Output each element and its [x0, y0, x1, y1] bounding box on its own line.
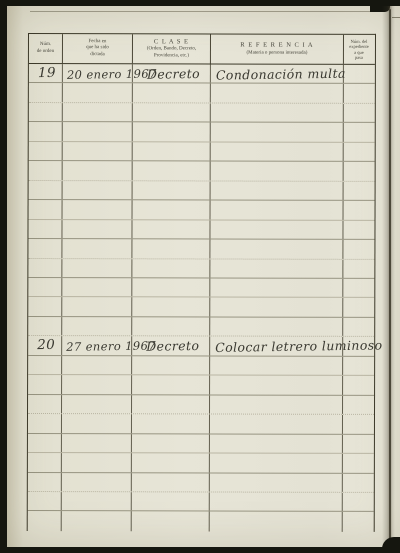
table-row — [28, 259, 374, 279]
handwritten-referencia: Colocar letrero luminoso — [215, 338, 383, 355]
cell-expediente — [343, 396, 373, 415]
cell-num — [28, 375, 62, 394]
cell-clase — [132, 492, 210, 511]
cell-referencia — [211, 123, 344, 142]
handwritten-referencia: Condonación multa — [216, 66, 346, 83]
table-row — [29, 181, 375, 201]
cell-clase — [132, 395, 210, 414]
cell-expediente — [344, 201, 374, 220]
cell-fecha — [63, 84, 133, 103]
next-page-rule — [392, 17, 400, 18]
cell-clase — [132, 278, 210, 297]
cell-referencia — [210, 492, 343, 511]
cell-referencia — [210, 220, 343, 239]
header-line: de orden — [37, 49, 54, 55]
cell-num — [29, 161, 63, 180]
cell-num — [29, 142, 63, 161]
cell-expediente — [344, 143, 374, 162]
cell-fecha — [62, 492, 132, 511]
cell-num — [28, 259, 62, 278]
cell-referencia: Colocar letrero luminoso — [210, 337, 343, 356]
table-row — [29, 161, 375, 181]
cell-clase — [132, 259, 210, 278]
cell-expediente — [343, 279, 373, 298]
handwritten-num: 20 — [37, 337, 55, 353]
cell-num — [28, 414, 62, 433]
cell-referencia — [211, 162, 344, 181]
cell-fecha — [62, 473, 132, 492]
cell-clase — [132, 220, 210, 239]
cell-fecha — [63, 181, 133, 200]
cell-referencia — [210, 395, 343, 414]
cell-referencia — [211, 84, 344, 103]
cell-clase — [133, 181, 211, 200]
cell-clase — [133, 84, 211, 103]
cell-referencia — [210, 473, 343, 492]
table-row — [28, 220, 374, 240]
cell-referencia — [210, 240, 343, 259]
column-header-referencia: R E F E R E N C I A (Materia o persona i… — [211, 34, 344, 63]
cell-fecha — [62, 259, 132, 278]
registry-table: Núm. de orden Fecha en que ha sido dicta… — [27, 33, 376, 532]
table-row — [28, 492, 374, 512]
cell-num — [28, 434, 62, 453]
cell-fecha — [63, 103, 133, 122]
bottom-corner-shadow — [382, 537, 400, 553]
cell-expediente — [344, 104, 374, 123]
handwritten-clase: Decreto — [147, 66, 200, 82]
header-subtitle: (Materia o persona interesada) — [246, 50, 307, 56]
cell-expediente — [343, 454, 373, 473]
cell-clase — [132, 356, 210, 375]
cell-referencia — [210, 512, 343, 532]
cell-num — [29, 103, 63, 122]
cell-clase — [133, 162, 211, 181]
table-row — [28, 278, 374, 298]
cell-referencia — [210, 317, 343, 336]
cell-num — [28, 317, 62, 336]
cell-num — [28, 492, 62, 511]
table-row — [28, 356, 374, 376]
table-row — [28, 239, 374, 259]
cell-expediente — [344, 162, 374, 181]
cell-expediente — [343, 415, 373, 434]
cell-num — [29, 200, 63, 219]
cell-referencia — [210, 298, 343, 317]
table-row — [28, 511, 374, 531]
column-header-clase: C L A S E (Orden, Bando, Decreto, Provid… — [133, 34, 211, 63]
table-row — [28, 395, 374, 415]
column-header-expediente: Núm. del expediente a que pasa — [344, 35, 374, 64]
cell-num — [28, 453, 62, 472]
cell-clase — [132, 512, 210, 532]
cell-fecha: 20 enero 1967 — [63, 64, 133, 83]
cell-fecha — [62, 414, 132, 433]
table-header: Núm. de orden Fecha en que ha sido dicta… — [29, 34, 375, 65]
cell-fecha — [63, 142, 133, 161]
handwritten-num: 19 — [38, 65, 56, 81]
top-page-rule — [30, 11, 372, 12]
cell-clase — [133, 142, 211, 161]
cell-referencia — [211, 181, 344, 200]
cell-fecha — [63, 200, 133, 219]
cell-expediente — [343, 493, 373, 512]
table-row — [28, 297, 374, 317]
cell-clase — [132, 239, 210, 258]
table-row — [29, 200, 375, 220]
cell-clase — [132, 473, 210, 492]
cell-referencia — [211, 103, 344, 122]
scanned-registry-page: { "colors": { "background_dark": "#15160… — [0, 0, 400, 553]
cell-referencia — [210, 415, 343, 434]
cell-expediente — [343, 357, 373, 376]
header-title: R E F E R E N C I A — [240, 42, 313, 51]
cell-expediente — [344, 182, 374, 201]
header-subtitle: (Orden, Bando, Decreto, Providencia, etc… — [134, 47, 209, 60]
cell-expediente — [343, 473, 373, 492]
header-line: dictada — [90, 52, 104, 58]
cell-num — [28, 473, 62, 492]
cell-clase — [132, 453, 210, 472]
cell-clase — [132, 298, 210, 317]
cell-clase — [132, 317, 210, 336]
cell-fecha — [62, 239, 132, 258]
column-header-fecha: Fecha en que ha sido dictada — [63, 34, 133, 63]
cell-referencia — [210, 356, 343, 375]
cell-referencia — [211, 201, 344, 220]
cell-referencia — [210, 376, 343, 395]
cell-num — [28, 239, 62, 258]
cell-fecha — [62, 453, 132, 472]
table-row — [28, 375, 374, 395]
table-row — [28, 414, 374, 434]
table-row — [28, 473, 374, 493]
cell-num — [29, 83, 63, 102]
cell-expediente — [343, 434, 373, 453]
cell-fecha — [63, 161, 133, 180]
cell-clase — [132, 414, 210, 433]
table-row — [29, 122, 375, 142]
header-line: pasa — [355, 55, 363, 60]
cell-expediente — [343, 298, 373, 317]
handwritten-fecha: 20 enero 1967 — [67, 67, 157, 82]
cell-fecha — [62, 278, 132, 297]
cell-referencia: Condonación multa — [211, 64, 344, 83]
cell-num — [28, 356, 62, 375]
cell-fecha — [63, 122, 133, 141]
cell-num — [28, 278, 62, 297]
cell-clase — [132, 376, 210, 395]
table-row — [29, 142, 375, 162]
cell-num — [28, 511, 62, 531]
cell-num — [29, 122, 63, 141]
table-row — [28, 453, 374, 473]
table-row — [29, 83, 375, 103]
cell-num: 19 — [29, 64, 63, 83]
cell-referencia — [210, 454, 343, 473]
cell-expediente — [344, 84, 374, 103]
column-header-num-orden: Núm. de orden — [29, 34, 63, 63]
table-row: 1920 enero 1967DecretoCondonación multa — [29, 64, 375, 84]
cell-referencia — [210, 278, 343, 297]
cell-num — [28, 297, 62, 316]
cell-fecha — [62, 375, 132, 394]
cell-expediente — [343, 512, 373, 532]
book-gutter-line — [389, 9, 391, 547]
handwritten-clase: Decreto — [146, 338, 199, 354]
cell-clase — [133, 200, 211, 219]
cell-fecha — [62, 512, 132, 532]
cell-referencia — [211, 142, 344, 161]
header-title: C L A S E — [154, 38, 189, 47]
handwritten-fecha: 27 enero 1967 — [66, 339, 156, 354]
cell-fecha — [62, 395, 132, 414]
cell-expediente — [343, 376, 373, 395]
cell-expediente — [343, 259, 373, 278]
cell-fecha: 27 enero 1967 — [62, 336, 132, 355]
cell-fecha — [62, 356, 132, 375]
cell-num — [29, 181, 63, 200]
cell-expediente — [343, 318, 373, 337]
cell-referencia — [210, 434, 343, 453]
cell-num — [28, 395, 62, 414]
cell-num — [28, 220, 62, 239]
cell-num: 20 — [28, 336, 62, 355]
cell-fecha — [62, 298, 132, 317]
table-row — [28, 317, 374, 337]
cell-clase — [132, 434, 210, 453]
table-row — [29, 103, 375, 123]
cell-expediente — [343, 240, 373, 259]
cell-clase — [133, 103, 211, 122]
table-row — [28, 434, 374, 454]
cell-referencia — [210, 259, 343, 278]
cell-expediente — [344, 123, 374, 142]
table-body: 1920 enero 1967DecretoCondonación multa2… — [28, 64, 375, 532]
cell-fecha — [62, 220, 132, 239]
cell-fecha — [62, 317, 132, 336]
cell-clase — [133, 123, 211, 142]
table-row: 2027 enero 1967DecretoColocar letrero lu… — [28, 336, 374, 356]
cell-expediente — [344, 65, 374, 84]
cell-fecha — [62, 434, 132, 453]
cell-expediente — [343, 220, 373, 239]
